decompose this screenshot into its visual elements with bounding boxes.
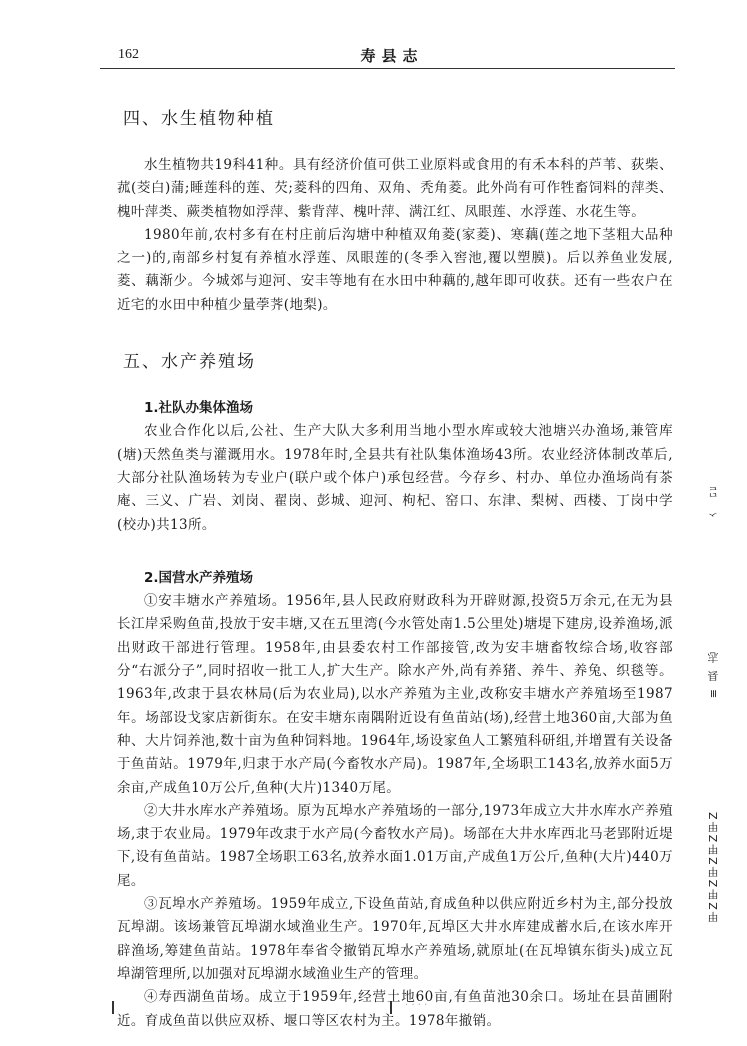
header-divider: [100, 68, 675, 69]
subheading-collective-fisheries: 1.社队办集体渔场: [117, 397, 673, 420]
paragraph: 1980年前,农村多有在村庄前后沟塘中种植双角菱(家菱)、寒藕(莲之地下茎粗大品…: [117, 224, 673, 317]
margin-mark-top: ᄼᇊᄃ: [706, 478, 722, 517]
section-title-aquaculture-farms: 五、水产养殖场: [123, 347, 673, 377]
running-title: 寿县志: [110, 45, 674, 66]
scan-artifact-bar: [112, 1001, 114, 1014]
paragraph: 农业合作化以后,公社、生产大队大多利用当地小型水库或较大池塘兴办渔场,兼管库(塘…: [117, 420, 673, 536]
margin-mark-bottom: 甲Z甲Z甲Z甲Z甲Z: [706, 810, 722, 923]
section-title-aquatic-plants: 四、水生植物种植: [123, 104, 673, 134]
margin-mark-middle: ≡ 县 志: [706, 650, 722, 698]
page-header: 162 寿县志: [110, 44, 674, 68]
paragraph-wabu: ③瓦埠水产养殖场。1959年成立,下设鱼苗站,育成鱼种以供应附近乡村为主,部分投…: [117, 893, 673, 986]
scan-artifact-text: · · · ·: [405, 1000, 427, 1011]
subheading-state-aquaculture: 2.国营水产养殖场: [117, 567, 673, 590]
paragraph: 水生植物共19科41种。具有经济价值可供工业原料或食用的有禾本科的芦苇、荻柴、菰…: [117, 154, 673, 224]
paragraph-shouxihu: ④寿西湖鱼苗场。成立于1959年,经营土地60亩,有鱼苗池30余口。场址在县苗圃…: [117, 986, 673, 1033]
paragraph-anfengtang: ①安丰塘水产养殖场。1956年,县人民政府财政科为开辟财源,投资5万余元,在无为…: [117, 590, 673, 800]
page-body: 四、水生植物种植 水生植物共19科41种。具有经济价值可供工业原料或食用的有禾本…: [117, 92, 673, 1033]
paragraph-dajing-reservoir: ②大井水库水产养殖场。原为瓦埠水产养殖场的一部分,1973年成立大井水库水产养殖…: [117, 800, 673, 893]
scan-artifact-bar: [390, 1001, 392, 1014]
